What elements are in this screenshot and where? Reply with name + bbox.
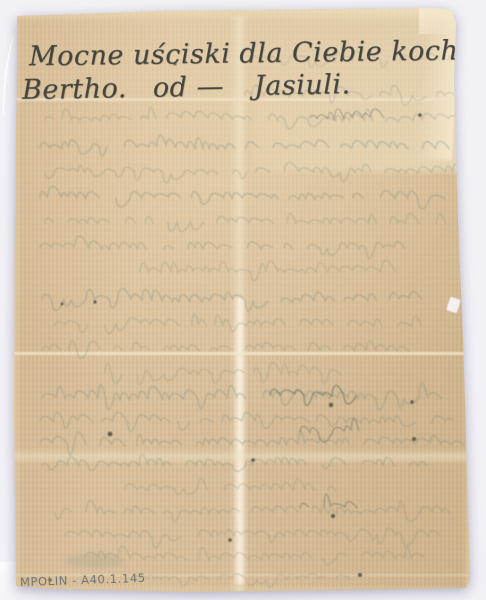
inscription-word-od: od — bbox=[153, 71, 225, 103]
inscription-line-1: Mocne uściski dla Ciebie kochana bbox=[29, 35, 486, 73]
inscription-word-jasiuli: Jasiuli. bbox=[254, 69, 351, 102]
inscription-line-2: Bertho.od —Jasiuli. bbox=[22, 69, 351, 106]
paper-shadow-wrap: Mocne uściski dla Ciebie kochana Bertho.… bbox=[0, 0, 486, 600]
letter-paper: Mocne uściski dla Ciebie kochana Bertho.… bbox=[14, 8, 471, 592]
scan-background: Mocne uściski dla Ciebie kochana Bertho.… bbox=[0, 0, 486, 600]
inscription-word-bertho: Bertho. bbox=[22, 73, 127, 106]
